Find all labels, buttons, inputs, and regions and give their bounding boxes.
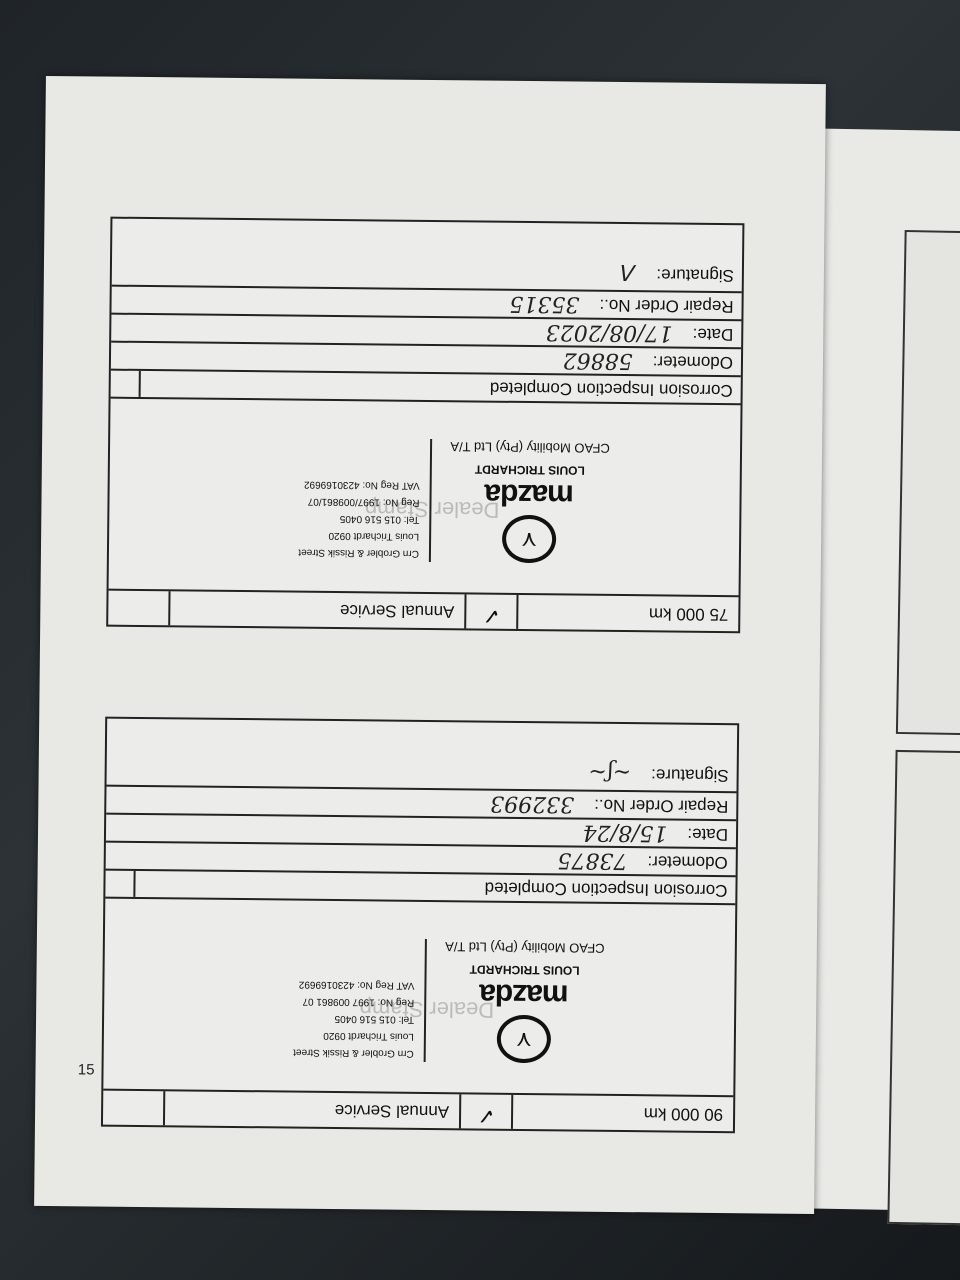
service-card-90000: 90 000 km ✓ Annual Service Dealer Stamp … [101, 717, 739, 1134]
dealer-address: Crn Grobler & Rissik StreetLouis Trichar… [298, 438, 430, 562]
service-interval: 90 000 km [511, 1095, 733, 1131]
date-value: 15/8/24 [582, 820, 667, 846]
dealer-stamp: Dealer Stamp ⋎ mazda LOUIS TRICHARDT CFA… [103, 897, 735, 1096]
odometer-value: 73875 [557, 848, 627, 874]
repair-order-value: 332993 [490, 791, 574, 817]
service-header: 75 000 km ✓ Annual Service [108, 589, 738, 632]
facing-card [887, 750, 960, 1226]
signature-scribble: ~ʃ~ [588, 759, 631, 784]
page-content-upside-down: 15 90 000 km ✓ Annual Service Dealer Sta… [34, 76, 826, 1214]
repair-order-value: 35315 [509, 291, 579, 317]
page-number: 15 [77, 1061, 94, 1078]
service-card-75000: 75 000 km ✓ Annual Service Dealer Stamp … [106, 217, 744, 634]
signature-row: Signature:ᐱ [112, 219, 743, 292]
dealer-address: Crn Grobler & Rissik StreetLouis Trichar… [293, 938, 425, 1062]
service-type: Annual Service [163, 1091, 459, 1128]
odometer-value: 58862 [563, 348, 633, 374]
dealer-stamp: Dealer Stamp ⋎ mazda LOUIS TRICHARDT CFA… [109, 397, 741, 596]
date-value: 17/08/2023 [546, 320, 673, 346]
signature-scribble: ᐱ [621, 259, 636, 284]
service-interval: 75 000 km [516, 595, 738, 631]
mazda-logo: ⋎ mazda LOUIS TRICHARDT CFAO Mobility (P… [424, 939, 615, 1064]
mazda-emblem-icon: ⋎ [497, 1015, 551, 1064]
corrosion-checkbox[interactable] [105, 871, 135, 897]
service-header: 90 000 km ✓ Annual Service [103, 1089, 733, 1132]
service-type: Annual Service [168, 591, 464, 628]
check-mark-icon: ✓ [459, 1094, 511, 1129]
corrosion-checkbox[interactable] [111, 371, 141, 397]
check-mark-icon: ✓ [464, 594, 516, 629]
booklet-page: 15 90 000 km ✓ Annual Service Dealer Sta… [34, 76, 826, 1214]
signature-row: Signature:~ʃ~ [107, 719, 738, 792]
facing-card [896, 230, 960, 736]
mazda-emblem-icon: ⋎ [502, 515, 556, 564]
mazda-logo: ⋎ mazda LOUIS TRICHARDT CFAO Mobility (P… [429, 439, 620, 564]
